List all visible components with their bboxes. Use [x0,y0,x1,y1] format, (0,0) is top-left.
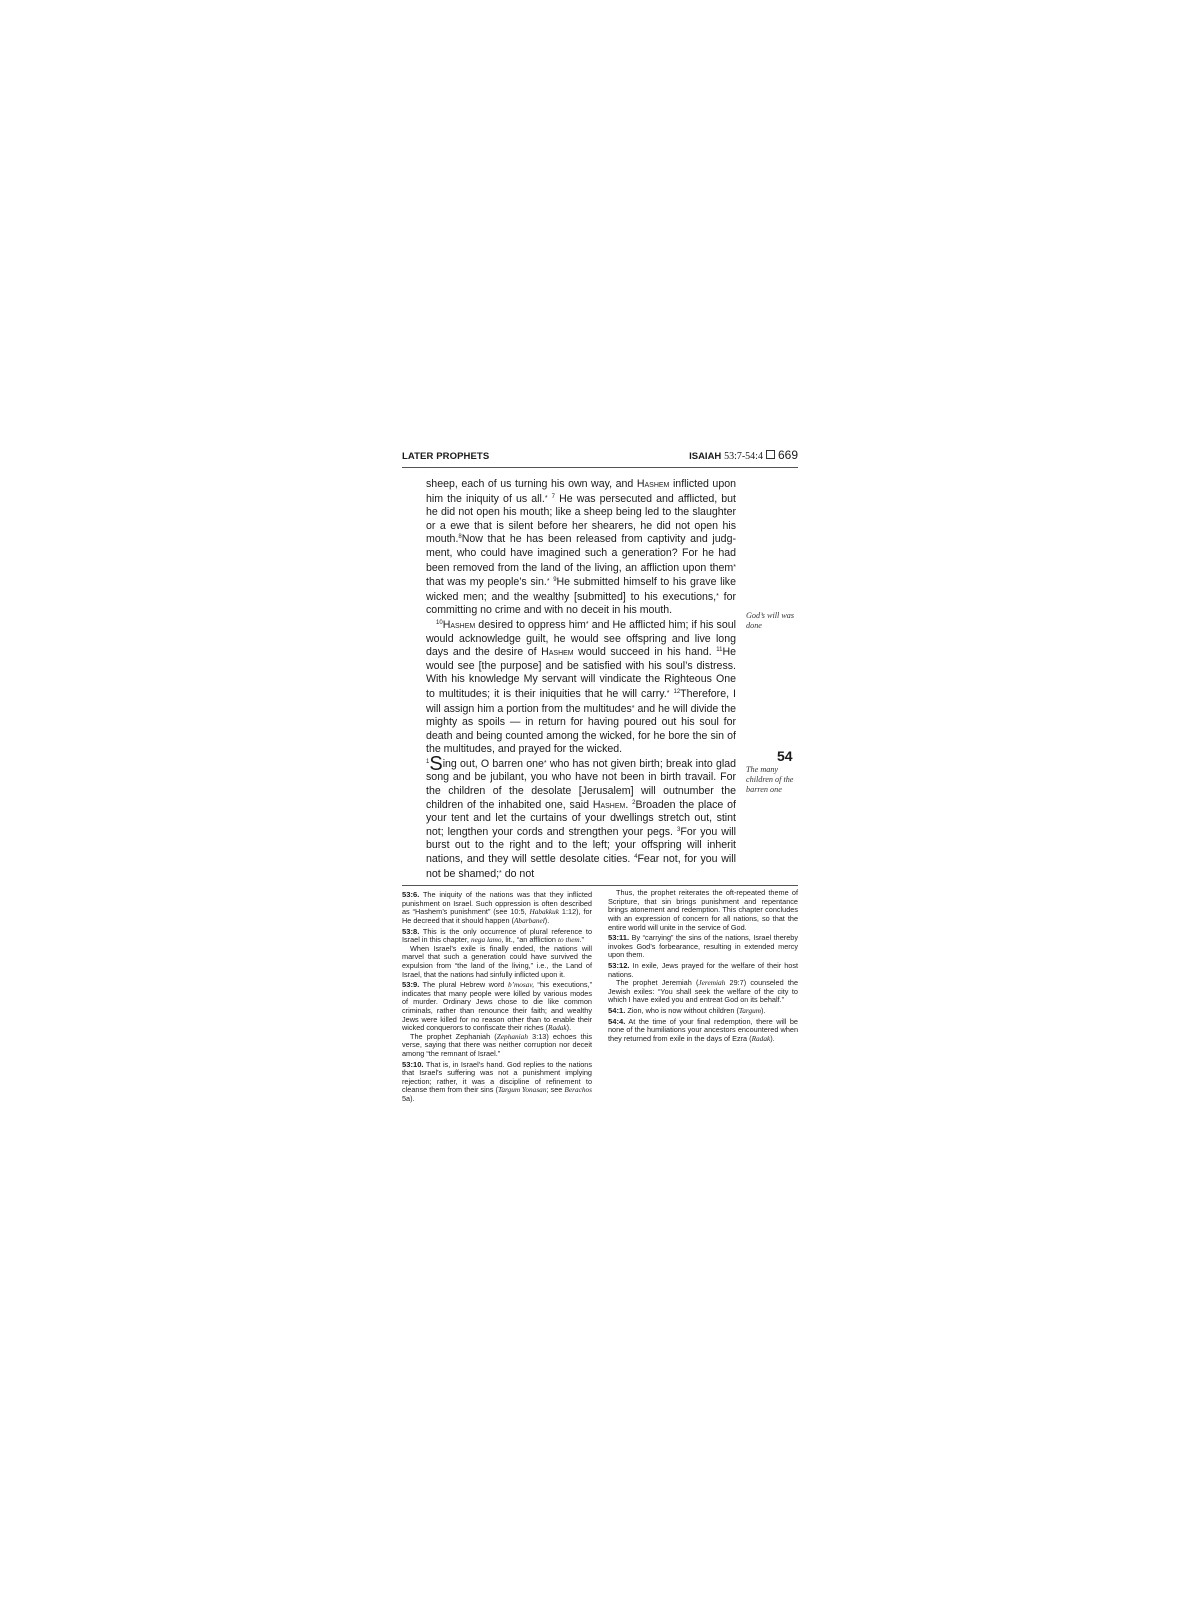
footnote-53-8-continued: When Israel’s exile is finally ended, th… [402,945,592,979]
footnote-marker: * [667,690,670,697]
footnote-53-11: 53:11. By “carrying” the sins of the nat… [608,934,798,960]
paragraph-53-10-12: 10Hashem desired to oppress him* and He … [426,618,736,757]
verse-number: 10 [436,620,443,626]
footnote-53-8: 53:8. This is the only occurrence of plu… [402,928,592,945]
book-name: ISAIAH [689,451,721,462]
paragraph-54-1-4: 1Sing out, O barren one* who has not giv… [426,757,736,881]
footnote-53-10: 53:10. That is, in Israel’s hand. God re… [402,1061,592,1104]
footnotes: 53:6. The iniquity of the nations was th… [402,891,798,1105]
footnote-marker: * [733,564,736,571]
chapter-number: 54 [777,748,793,764]
footnote-53-10-continued: Thus, the prophet reiterates the oft-rep… [608,889,798,932]
footnote-53-9: 53:9. The plural Hebrew word b’mosav, “h… [402,981,592,1033]
margin-note-gods-will: God’s will was done [746,611,798,631]
page-number: 669 [778,448,798,462]
footnote-53-6: 53:6. The iniquity of the nations was th… [402,891,592,925]
square-separator-icon [766,450,775,459]
page-reference: ISAIAH 53:7-54:4669 [689,448,798,462]
section-title: LATER PROPHETS [402,451,489,462]
footnote-54-1: 54:1. Zion, who is now without children … [608,1007,798,1016]
footnote-53-9-continued: The prophet Zephaniah (Zephaniah 3:13) e… [402,1033,592,1059]
footnote-marker: * [545,495,548,502]
footnote-54-4: 54:4. At the time of your final redempti… [608,1018,798,1044]
running-head: LATER PROPHETS ISAIAH 53:7-54:4669 [402,448,798,468]
scripture-text: sheep, each of us turning his own way, a… [402,478,798,881]
footnote-53-12: 53:12. In exile, Jews prayed for the wel… [608,962,798,979]
footnote-marker: * [547,578,550,585]
footnotes-left-column: 53:6. The iniquity of the nations was th… [402,891,592,1105]
footnotes-right-column: Thus, the prophet reiterates the oft-rep… [608,891,798,1105]
paragraph-53-6-9: sheep, each of us turning his own way, a… [426,478,736,618]
verse-range: 53:7-54:4 [724,451,763,462]
footnote-divider [402,885,798,886]
margin-note-many-children: The many children of the barren one [746,765,798,795]
footnote-53-12-continued: The prophet Jeremiah (Jeremiah 29:7) cou… [608,979,798,1005]
book-page: LATER PROPHETS ISAIAH 53:7-54:4669 sheep… [402,448,798,1105]
